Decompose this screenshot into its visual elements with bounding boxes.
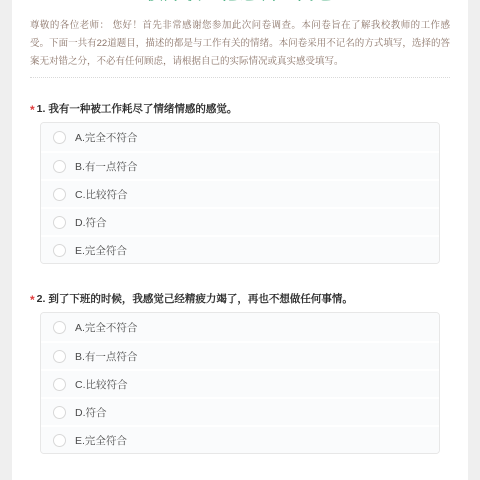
question-1: *1. 我有一种被工作耗尽了情绪情感的感觉。 A.完全不符合 B.有一点符合 C… (30, 100, 450, 264)
radio-button-icon[interactable] (53, 350, 66, 363)
option-q2-e[interactable]: E.完全符合 (41, 425, 439, 453)
option-q2-c[interactable]: C.比较符合 (41, 369, 439, 397)
option-label: A.完全不符合 (75, 320, 137, 335)
radio-button-icon[interactable] (53, 244, 66, 257)
option-q1-a[interactable]: A.完全不符合 (41, 123, 439, 151)
question-1-options: A.完全不符合 B.有一点符合 C.比较符合 D.符合 E.完全符合 (40, 122, 440, 264)
survey-intro-text: 尊敬的各位老师： 您好！首先非常感谢您参加此次问卷调查。本问卷旨在了解我校教师的… (30, 17, 450, 71)
option-q2-a[interactable]: A.完全不符合 (41, 313, 439, 341)
radio-button-icon[interactable] (53, 188, 66, 201)
question-2: *2. 到了下班的时候，我感觉己经精疲力竭了，再也不想做任何事情。 A.完全不符… (30, 290, 450, 454)
radio-button-icon[interactable] (53, 160, 66, 173)
option-label: B.有一点符合 (75, 349, 137, 364)
survey-card: 教师职业倦怠调查问卷 尊敬的各位老师： 您好！首先非常感谢您参加此次问卷调查。本… (12, 0, 468, 480)
required-asterisk-icon: * (30, 103, 35, 117)
question-2-number: 2. (37, 293, 46, 305)
question-2-title: *2. 到了下班的时候，我感觉己经精疲力竭了，再也不想做任何事情。 (30, 290, 450, 307)
radio-button-icon[interactable] (53, 378, 66, 391)
option-label: B.有一点符合 (75, 159, 137, 174)
option-label: C.比较符合 (75, 187, 128, 202)
option-q1-d[interactable]: D.符合 (41, 207, 439, 235)
option-q2-d[interactable]: D.符合 (41, 397, 439, 425)
option-label: C.比较符合 (75, 377, 128, 392)
page-title: 教师职业倦怠调查问卷 (145, 0, 335, 5)
dotted-divider (30, 77, 450, 78)
question-1-title: *1. 我有一种被工作耗尽了情绪情感的感觉。 (30, 100, 450, 117)
option-label: A.完全不符合 (75, 130, 137, 145)
option-label: D.符合 (75, 405, 107, 420)
radio-button-icon[interactable] (53, 434, 66, 447)
question-2-text: 到了下班的时候，我感觉己经精疲力竭了，再也不想做任何事情。 (48, 293, 353, 305)
radio-button-icon[interactable] (53, 216, 66, 229)
survey-title-clipped: 教师职业倦怠调查问卷 (30, 0, 450, 5)
required-asterisk-icon: * (30, 293, 35, 307)
option-q1-e[interactable]: E.完全符合 (41, 235, 439, 263)
radio-button-icon[interactable] (53, 321, 66, 334)
option-q1-c[interactable]: C.比较符合 (41, 179, 439, 207)
option-label: D.符合 (75, 215, 107, 230)
option-q1-b[interactable]: B.有一点符合 (41, 151, 439, 179)
question-1-number: 1. (37, 103, 46, 115)
option-q2-b[interactable]: B.有一点符合 (41, 341, 439, 369)
radio-button-icon[interactable] (53, 406, 66, 419)
question-1-text: 我有一种被工作耗尽了情绪情感的感觉。 (48, 103, 237, 115)
radio-button-icon[interactable] (53, 131, 66, 144)
question-2-options: A.完全不符合 B.有一点符合 C.比较符合 D.符合 E.完全符合 (40, 312, 440, 454)
option-label: E.完全符合 (75, 243, 127, 258)
option-label: E.完全符合 (75, 433, 127, 448)
